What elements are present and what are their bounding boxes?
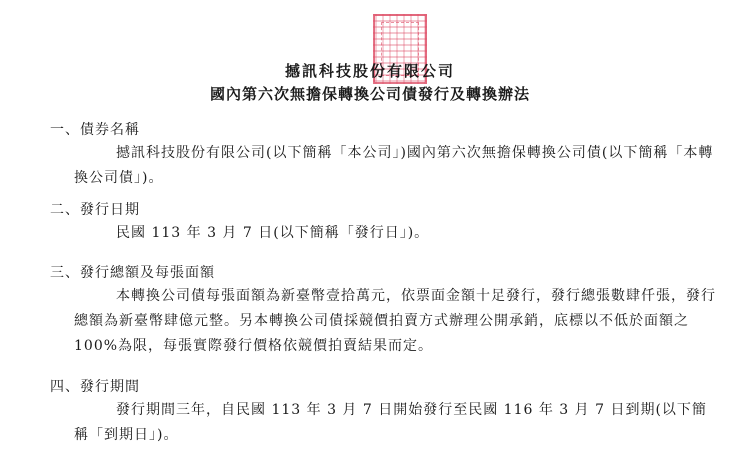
section-heading: 一、債券名稱 [50,119,720,141]
section-body: 發行期間三年，自民國 113 年 3 月 7 日開始發行至民國 116 年 3 … [74,398,720,448]
section-heading: 二、發行日期 [50,199,720,221]
section-issue-date: 二、發行日期 民國 113 年 3 月 7 日(以下簡稱「發行日」)。 [50,199,720,246]
section-bond-name: 一、債券名稱 撼訊科技股份有限公司(以下簡稱「本公司」)國內第六次無擔保轉換公司… [50,119,720,191]
section-issue-period: 四、發行期間 發行期間三年，自民國 113 年 3 月 7 日開始發行至民國 1… [50,376,720,448]
document-subtitle: 國內第六次無擔保轉換公司債發行及轉換辦法 [0,83,740,104]
section-body: 本轉換公司債每張面額為新臺幣壹拾萬元，依票面金額十足發行，發行總張數肆仟張，發行… [74,284,720,359]
document-title: 撼訊科技股份有限公司 [0,60,740,81]
section-heading: 三、發行總額及每張面額 [50,262,720,284]
section-body: 撼訊科技股份有限公司(以下簡稱「本公司」)國內第六次無擔保轉換公司債(以下簡稱「… [74,141,720,191]
section-body: 民國 113 年 3 月 7 日(以下簡稱「發行日」)。 [74,221,720,246]
section-heading: 四、發行期間 [50,376,720,398]
section-issue-amount: 三、發行總額及每張面額 本轉換公司債每張面額為新臺幣壹拾萬元，依票面金額十足發行… [50,262,720,359]
